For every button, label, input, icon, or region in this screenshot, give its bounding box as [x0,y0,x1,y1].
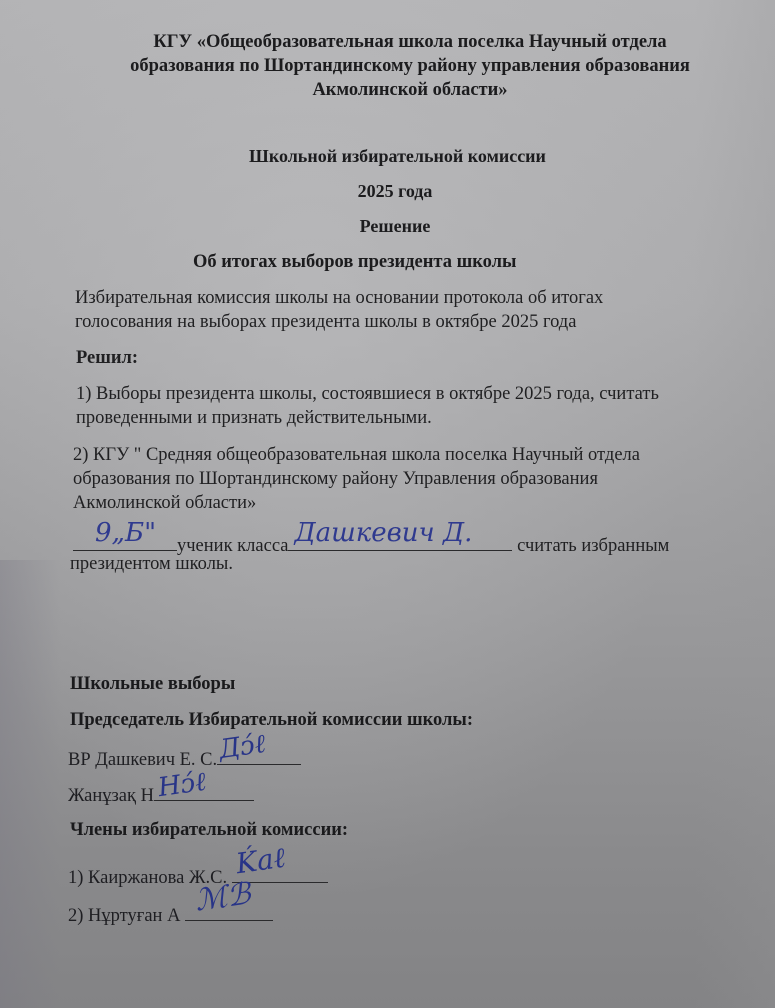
subject-title: Об итогах выборов президента школы [193,252,516,273]
member-row-2: 2) Нұртуған А ℳℬ [68,902,273,927]
resolution-item-1: 1) Выборы президента школы, состоявшиеся… [76,382,659,430]
class-fill-field: 9„Б" [73,530,177,551]
signature-mark: ℳℬ [193,876,253,918]
item2-line-2: образования по Шортандинскому району Упр… [73,467,640,491]
resolved-label: Решил: [76,346,138,370]
pupil-of-class-label: ученик класса [177,536,288,556]
signature-mark: Ḱaℓ [234,841,288,882]
item2-line-1: 2) КГУ " Средняя общеобразовательная шко… [73,443,640,467]
signatory-name: Жанұзақ Н [68,786,154,806]
header-line-3: Акмолинской области» [100,78,720,102]
intro-line-2: голосования на выборах президента школы … [75,310,603,334]
item1-line-1: 1) Выборы президента школы, состоявшиеся… [76,382,659,406]
school-elections-title: Школьные выборы [70,674,235,695]
signatory-name: 2) Нұртуған А [68,906,180,926]
considered-elected-label: считать избранным [517,536,669,556]
signature-mark: Нᴐ́ℓ [156,767,208,803]
signature-line: Нᴐ́ℓ [154,782,254,801]
item2-line-3: Акмолинской области» [73,491,640,515]
intro-line-1: Избирательная комиссия школы на основани… [75,286,603,310]
signature-mark: Дᴐ́ℓ [217,729,267,765]
organization-header: КГУ «Общеобразовательная школа поселка Н… [100,30,720,102]
signature-line: ℳℬ [185,902,273,921]
student-name-handwritten: Дашкевич Д. [294,518,472,548]
intro-paragraph: Избирательная комиссия школы на основани… [75,286,603,334]
resolution-item-2: 2) КГУ " Средняя общеобразовательная шко… [73,443,640,515]
header-line-1: КГУ «Общеобразовательная школа поселка Н… [100,30,720,54]
signature-line: Дᴐ́ℓ [217,746,301,765]
decision-title: Решение [0,216,775,237]
header-line-2: образования по Шортандинскому району упр… [100,54,720,78]
chair-title: Председатель Избирательной комиссии школ… [70,710,473,731]
elected-student-row: 9„Б" ученик класса Дашкевич Д. считать и… [73,530,669,557]
chair-row-1: ВР Дашкевич Е. С. Дᴐ́ℓ [68,746,301,771]
photo-shadow-left [0,560,60,1008]
members-title: Члены избирательной комиссии: [70,820,348,841]
chair-row-2: Жанұзақ Н Нᴐ́ℓ [68,782,254,807]
commission-title: Школьной избирательной комиссии [0,146,775,167]
item1-line-2: проведенными и признать действительными. [76,406,659,430]
president-line: президентом школы. [70,554,233,575]
year-title: 2025 года [0,181,775,202]
student-name-fill-field: Дашкевич Д. [288,530,512,551]
class-handwritten: 9„Б" [95,518,156,548]
